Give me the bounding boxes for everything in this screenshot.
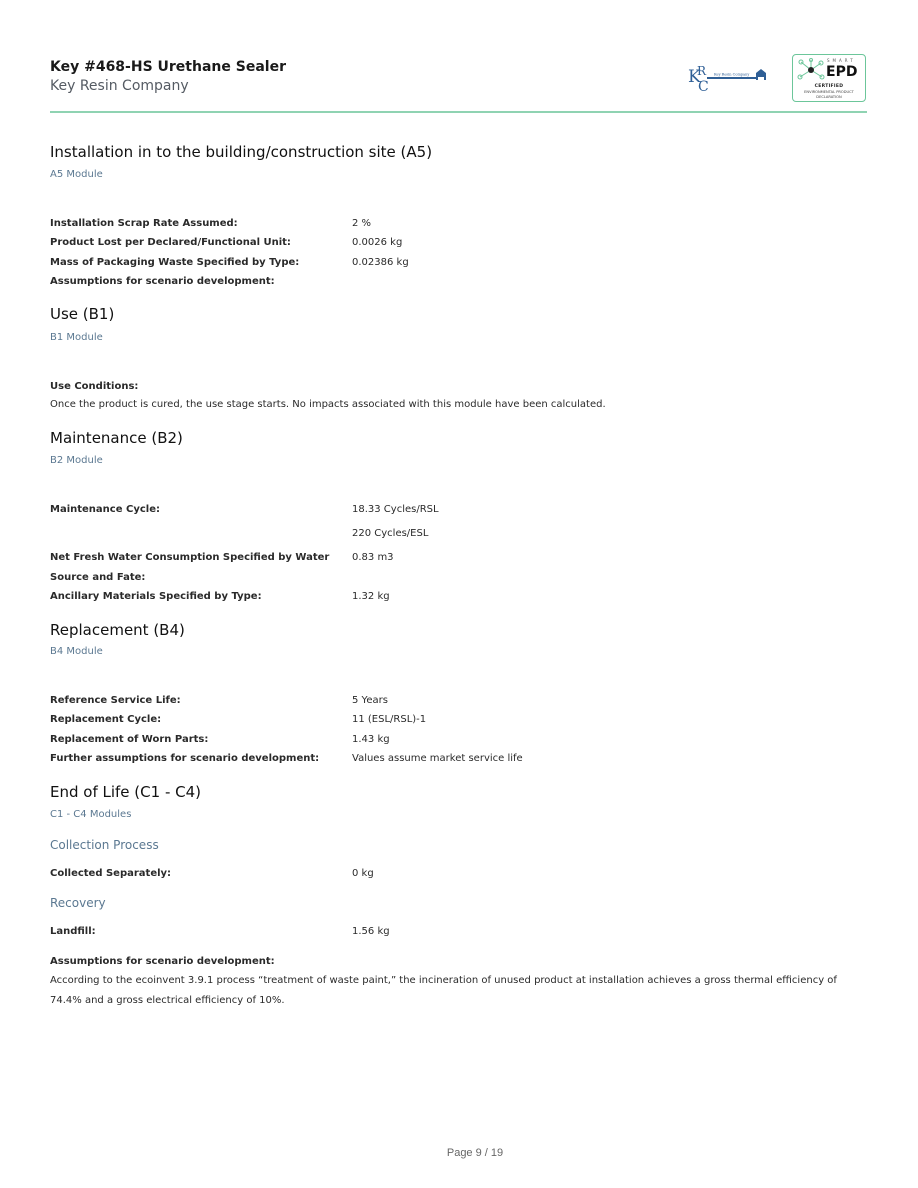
page-number: Page 9 / 19 [0, 1147, 918, 1159]
field-label: Maintenance Cycle: [50, 504, 160, 515]
section-title-a5: Installation in to the building/construc… [50, 143, 432, 161]
field-label: Collected Separately: [50, 868, 171, 879]
field-value: 1.32 kg [352, 591, 390, 602]
field-label: Mass of Packaging Waste Specified by Typ… [50, 257, 299, 268]
section-subtitle-eol: C1 - C4 Modules [50, 809, 131, 820]
section-title-b1: Use (B1) [50, 305, 114, 323]
field-value: 1.43 kg [352, 734, 390, 745]
section-title-b4: Replacement (B4) [50, 621, 185, 639]
field-label: Replacement of Worn Parts: [50, 734, 208, 745]
company-name: Key Resin Company [50, 78, 189, 94]
section-subtitle-b4: B4 Module [50, 646, 103, 657]
assumptions-label: Assumptions for scenario development: [50, 956, 275, 967]
field-value: 0.0026 kg [352, 237, 402, 248]
field-label: Reference Service Life: [50, 695, 181, 706]
section-subtitle-b1: B1 Module [50, 332, 103, 343]
field-value: 220 Cycles/ESL [352, 528, 428, 539]
collection-process-heading: Collection Process [50, 838, 159, 852]
field-label: Ancillary Materials Specified by Type: [50, 591, 262, 602]
krc-logo: K R C Key Resin Company [688, 62, 768, 94]
field-value: 5 Years [352, 695, 388, 706]
section-title-b2: Maintenance (B2) [50, 429, 183, 447]
smart-epd-logo: SMART EPD CERTIFIED ENVIRONMENTAL PRODUC… [792, 54, 866, 102]
recovery-heading: Recovery [50, 896, 106, 910]
field-label: Installation Scrap Rate Assumed: [50, 218, 238, 229]
field-value: 2 % [352, 218, 371, 229]
svg-text:C: C [698, 79, 709, 94]
use-conditions-label: Use Conditions: [50, 381, 138, 392]
assumptions-text: According to the ecoinvent 3.9.1 process… [50, 971, 868, 1010]
field-label: Assumptions for scenario development: [50, 276, 275, 287]
field-value: 0 kg [352, 868, 374, 879]
field-value: 1.56 kg [352, 926, 390, 937]
field-label: Source and Fate: [50, 572, 145, 583]
field-label: Net Fresh Water Consumption Specified by… [50, 552, 329, 563]
section-subtitle-b2: B2 Module [50, 455, 103, 466]
field-value: 18.33 Cycles/RSL [352, 504, 439, 515]
product-title: Key #468-HS Urethane Sealer [50, 59, 286, 75]
network-icon [795, 57, 827, 83]
field-value: Values assume market service life [352, 753, 523, 764]
field-value: 0.02386 kg [352, 257, 409, 268]
svg-text:Key Resin Company: Key Resin Company [714, 73, 749, 77]
svg-text:R: R [697, 64, 707, 78]
field-label: Landfill: [50, 926, 96, 937]
section-subtitle-a5: A5 Module [50, 169, 103, 180]
field-label: Product Lost per Declared/Functional Uni… [50, 237, 291, 248]
field-value: 11 (ESL/RSL)-1 [352, 714, 426, 725]
use-conditions-text: Once the product is cured, the use stage… [50, 395, 868, 415]
section-title-eol: End of Life (C1 - C4) [50, 783, 201, 801]
field-label: Replacement Cycle: [50, 714, 161, 725]
field-label: Further assumptions for scenario develop… [50, 753, 319, 764]
header-divider [50, 111, 867, 113]
field-value: 0.83 m3 [352, 552, 394, 563]
